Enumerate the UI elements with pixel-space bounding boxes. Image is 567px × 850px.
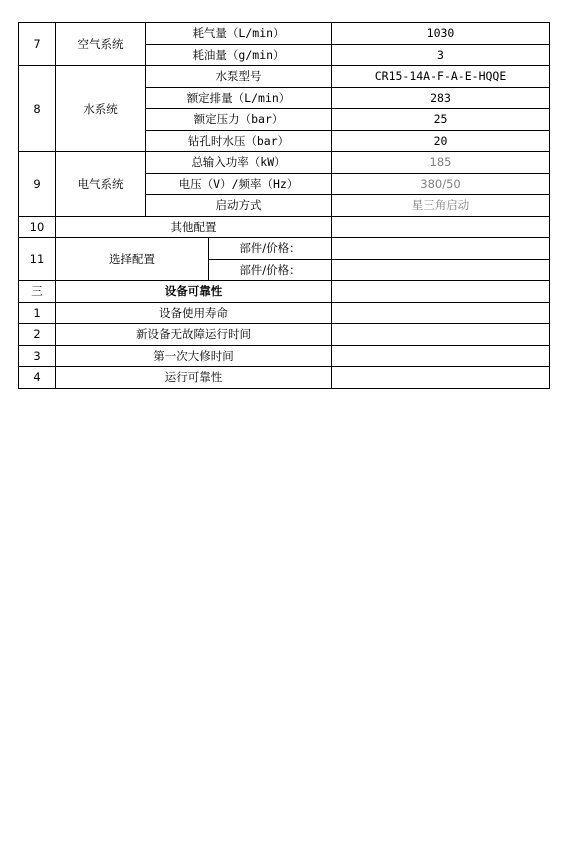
item-value: 1030 — [332, 23, 550, 45]
item-label: 水泵型号 — [146, 66, 332, 88]
item-label: 启动方式 — [146, 195, 332, 217]
item-value — [332, 345, 550, 367]
item-label: 选择配置 — [56, 238, 209, 281]
item-value: 3 — [332, 44, 550, 66]
table-row: 9 电气系统 总输入功率（kW） 185 — [19, 152, 550, 174]
section-number: 三 — [19, 281, 56, 303]
row-number: 4 — [19, 367, 56, 389]
section-header-row: 三 设备可靠性 — [19, 281, 550, 303]
item-value: 25 — [332, 109, 550, 131]
item-value: 283 — [332, 87, 550, 109]
item-value: 20 — [332, 130, 550, 152]
item-value: 380/50 — [332, 173, 550, 195]
table-row: 10 其他配置 — [19, 216, 550, 238]
row-number: 3 — [19, 345, 56, 367]
system-name: 空气系统 — [56, 23, 146, 66]
item-label: 电压（V）/频率（Hz） — [146, 173, 332, 195]
row-number: 7 — [19, 23, 56, 66]
item-label: 其他配置 — [56, 216, 332, 238]
table-row: 2 新设备无故障运行时间 — [19, 324, 550, 346]
equipment-spec-table: 7 空气系统 耗气量（L/min） 1030 耗油量（g/min） 3 8 水系… — [18, 22, 550, 389]
item-value: 星三角启动 — [332, 195, 550, 217]
item-label: 额定压力（bar） — [146, 109, 332, 131]
item-label: 耗油量（g/min） — [146, 44, 332, 66]
table-row: 11 选择配置 部件/价格： — [19, 238, 550, 260]
system-name: 电气系统 — [56, 152, 146, 217]
item-value — [332, 367, 550, 389]
row-number: 1 — [19, 302, 56, 324]
table-row: 8 水系统 水泵型号 CR15-14A-F-A-E-HQQE — [19, 66, 550, 88]
row-number: 8 — [19, 66, 56, 152]
item-label: 总输入功率（kW） — [146, 152, 332, 174]
item-value: 185 — [332, 152, 550, 174]
section-title: 设备可靠性 — [56, 281, 332, 303]
part-price-label: 部件/价格： — [209, 238, 332, 260]
table-row: 3 第一次大修时间 — [19, 345, 550, 367]
table-row: 4 运行可靠性 — [19, 367, 550, 389]
item-value: CR15-14A-F-A-E-HQQE — [332, 66, 550, 88]
row-number: 10 — [19, 216, 56, 238]
part-price-value — [332, 259, 550, 281]
table-row: 1 设备使用寿命 — [19, 302, 550, 324]
item-label: 新设备无故障运行时间 — [56, 324, 332, 346]
item-label: 设备使用寿命 — [56, 302, 332, 324]
row-number: 2 — [19, 324, 56, 346]
row-number: 9 — [19, 152, 56, 217]
part-price-value — [332, 238, 550, 260]
item-label: 额定排量（L/min） — [146, 87, 332, 109]
item-label: 第一次大修时间 — [56, 345, 332, 367]
item-value — [332, 302, 550, 324]
item-label: 耗气量（L/min） — [146, 23, 332, 45]
item-value — [332, 216, 550, 238]
section-value — [332, 281, 550, 303]
system-name: 水系统 — [56, 66, 146, 152]
item-label: 运行可靠性 — [56, 367, 332, 389]
table-row: 7 空气系统 耗气量（L/min） 1030 — [19, 23, 550, 45]
part-price-label: 部件/价格： — [209, 259, 332, 281]
item-value — [332, 324, 550, 346]
row-number: 11 — [19, 238, 56, 281]
item-label: 钻孔时水压（bar） — [146, 130, 332, 152]
